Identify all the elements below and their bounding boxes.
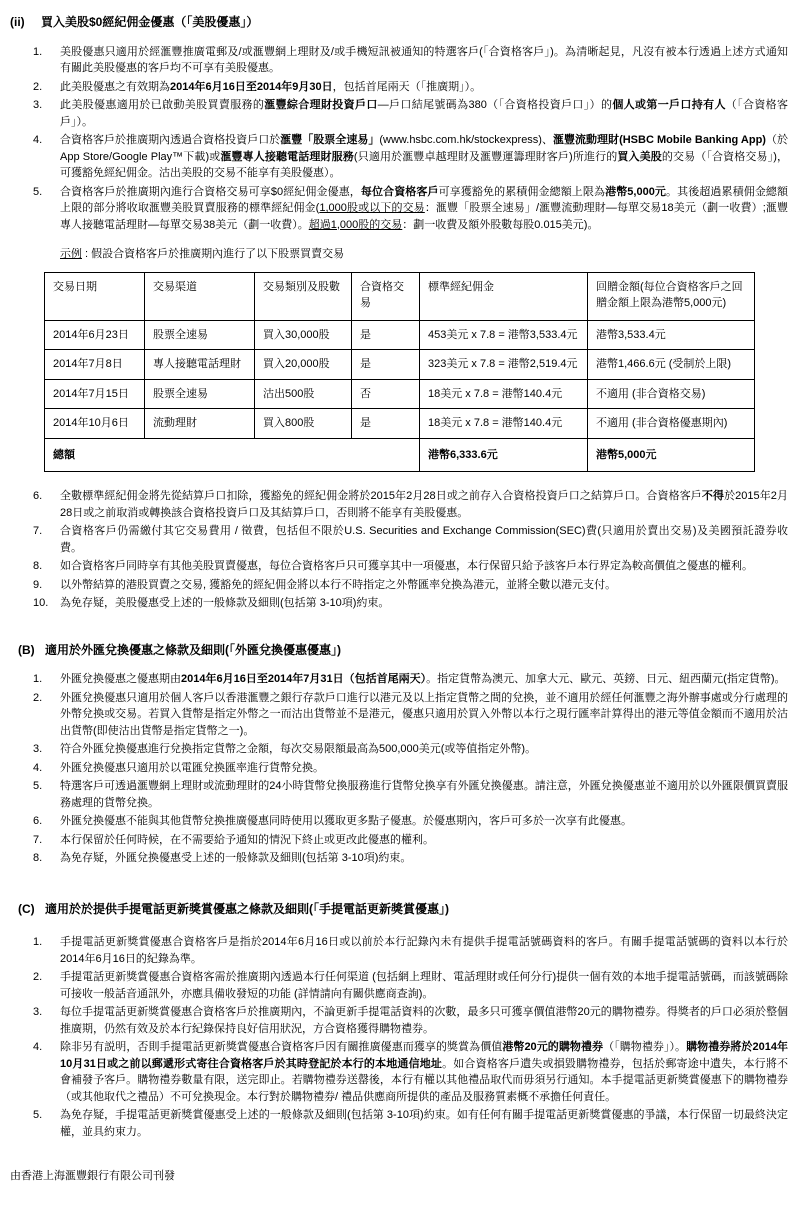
- text-segment: 港幣20元的購物禮券: [502, 1041, 603, 1053]
- section-ii-item-7: 7.合資格客戶仍需繳付其它交易費用 / 徵費，包括但不限於U.S. Securi…: [33, 523, 788, 556]
- table-cell: 沽出500股: [255, 379, 352, 409]
- section-b-item-6: 6.外匯兌換優惠不能與其他貨幣兌換推廣優惠同時使用以獲取更多點子優惠。於優惠期內…: [33, 813, 788, 830]
- item-text: 外匯兌換優惠只適用於個人客戶以香港滙豐之銀行存款戶口進行以港元及以上指定貨幣之間…: [60, 690, 788, 740]
- text-segment: 外匯兌換優惠只適用於以電匯兌換匯率進行貨幣兌換。: [60, 762, 324, 774]
- section-b-number: (B): [18, 642, 45, 659]
- table-cell: 專人接聽電話理財: [145, 350, 255, 380]
- text-segment: 如合資格客戶同時享有其他美股買賣優惠，每位合資格客戶只可獲享其中一項優惠，本行保…: [60, 560, 753, 572]
- item-text: 外匯兌換優惠只適用於以電匯兌換匯率進行貨幣兌換。: [60, 760, 788, 777]
- item-number: 3.: [33, 97, 60, 130]
- item-text: 本行保留於任何時候，在不需要給予通知的情況下終止或更改此優惠的權利。: [60, 832, 788, 849]
- section-b-item-4: 4.外匯兌換優惠只適用於以電匯兌換匯率進行貨幣兌換。: [33, 760, 788, 777]
- total-label-cell: 總額: [45, 438, 420, 472]
- table-header-cell: 標準經紀佣金: [420, 272, 588, 320]
- item-number: 9.: [33, 577, 60, 594]
- section-ii-items-1-5: 1.美股優惠只適用於經滙豐推廣電郵及/或滙豐網上理財及/或手機短訊被通知的特選客…: [33, 44, 788, 234]
- table-cell: 18美元 x 7.8 = 港幣140.4元: [420, 379, 588, 409]
- text-segment: （「購物禮券」）。: [603, 1041, 686, 1053]
- table-cell: 買入30,000股: [255, 320, 352, 350]
- text-segment: 每位手提電話更新獎賞優惠合資格客戶於推廣期內，不論更新手提電話資料的次數，最多只…: [60, 1006, 788, 1035]
- section-c-items: 1.手提電話更新獎賞優惠合資格客戶是指於2014年6月16日或以前於本行記錄內未…: [33, 934, 788, 1140]
- item-text: 手提電話更新獎賞優惠合資格客需於推廣期內透過本行任何渠道 (包括網上理財、電話理…: [60, 969, 788, 1002]
- text-segment: 全數標準經紀佣金將先從結算戶口扣除，獲豁免的經紀佣金將於2015年2月28日或之…: [60, 490, 702, 502]
- text-segment: 為免存疑，外匯兌換優惠受上述的一般條款及細則(包括第 3-10項)約束。: [60, 852, 411, 864]
- text-segment: 為免存疑，手提電話更新獎賞優惠受上述的一般條款及細則(包括第 3-10項)約束。…: [60, 1109, 788, 1138]
- example-caption: 示例 : 假設合資格客戶於推廣期內進行了以下股票買賣交易: [60, 246, 788, 263]
- text-segment: 1,000股或以下的交易: [319, 202, 424, 214]
- item-number: 1.: [33, 671, 60, 688]
- text-segment: 此美股優惠適用於已啟動美股買賣服務的: [60, 99, 264, 111]
- item-text: 手提電話更新獎賞優惠合資格客戶是指於2014年6月16日或以前於本行記錄內未有提…: [60, 934, 788, 967]
- table-cell: 453美元 x 7.8 = 港幣3,533.4元: [420, 320, 588, 350]
- table-cell: 2014年7月8日: [45, 350, 145, 380]
- item-text: 符合外匯兌換優惠進行兌換指定貨幣之金額，每次交易限額最高為500,000美元(或…: [60, 741, 788, 758]
- issuer-line: 由香港上海滙豐銀行有限公司刊發: [10, 1168, 788, 1185]
- text-segment: 特選客戶可透過滙豐網上理財或流動理財的24小時貨幣兌換服務進行貨幣兌換享有外匯兌…: [60, 780, 788, 809]
- table-row: 2014年6月23日股票全速易買入30,000股是453美元 x 7.8 = 港…: [45, 320, 755, 350]
- text-segment: 超過1,000股的交易: [309, 219, 403, 231]
- item-text: 如合資格客戶同時享有其他美股買賣優惠，每位合資格客戶只可獲享其中一項優惠，本行保…: [60, 558, 788, 575]
- text-segment: 合資格客戶仍需繳付其它交易費用 / 徵費，包括但不限於U.S. Securiti…: [60, 525, 788, 554]
- section-b-item-7: 7.本行保留於任何時候，在不需要給予通知的情況下終止或更改此優惠的權利。: [33, 832, 788, 849]
- table-cell: 是: [352, 350, 420, 380]
- table-cell: 323美元 x 7.8 = 港幣2,519.4元: [420, 350, 588, 380]
- text-segment: ，包括首尾兩天（「推廣期」）。: [333, 81, 482, 93]
- item-number: 10.: [33, 595, 60, 612]
- table-header-cell: 回贈金額(每位合資格客戶之回贈金額上限為港幣5,000元): [588, 272, 755, 320]
- text-segment: 可享獲豁免的累積佣金總額上限為: [439, 186, 605, 198]
- section-ii-item-5: 5.合資格客戶於推廣期內進行合資格交易可享$0經紀佣金優惠，每位合資格客戶可享獲…: [33, 184, 788, 234]
- item-text: 特選客戶可透過滙豐網上理財或流動理財的24小時貨幣兌換服務進行貨幣兌換享有外匯兌…: [60, 778, 788, 811]
- text-segment: 合資格客戶於推廣期內進行合資格交易可享$0經紀佣金優惠，: [60, 186, 361, 198]
- text-segment: ：劃一收費及額外股數每股0.015美元)。: [402, 219, 598, 231]
- table-header-cell: 交易類別及股數: [255, 272, 352, 320]
- table-cell: 是: [352, 320, 420, 350]
- text-segment: 此美股優惠之有效期為: [60, 81, 170, 93]
- section-c-title: 適用於於提供手提電話更新獎賞優惠之條款及細則(「手提電話更新獎賞優惠」): [45, 901, 449, 918]
- table-cell: 買入800股: [255, 409, 352, 439]
- section-b-item-1: 1.外匯兌換優惠之優惠期由2014年6月16日至2014年7月31日（包括首尾兩…: [33, 671, 788, 688]
- section-b-item-8: 8.為免存疑，外匯兌換優惠受上述的一般條款及細則(包括第 3-10項)約束。: [33, 850, 788, 867]
- item-number: 6.: [33, 813, 60, 830]
- text-segment: 2014年6月16日至2014年7月31日（包括首尾兩天）: [181, 673, 426, 685]
- text-segment: 滙豐流動理財(HSBC Mobile Banking App): [553, 134, 766, 146]
- text-segment: 港幣5,000元: [605, 186, 666, 198]
- table-cell: 股票全速易: [145, 320, 255, 350]
- section-b-item-3: 3.符合外匯兌換優惠進行兌換指定貨幣之金額，每次交易限額最高為500,000美元…: [33, 741, 788, 758]
- table-cell: 是: [352, 409, 420, 439]
- table-row: 2014年7月8日專人接聽電話理財買入20,000股是323美元 x 7.8 =…: [45, 350, 755, 380]
- item-text: 每位手提電話更新獎賞優惠合資格客戶於推廣期內，不論更新手提電話資料的次數，最多只…: [60, 1004, 788, 1037]
- text-segment: 手提電話更新獎賞優惠合資格客需於推廣期內透過本行任何渠道 (包括網上理財、電話理…: [60, 971, 788, 1000]
- table-cell: 18美元 x 7.8 = 港幣140.4元: [420, 409, 588, 439]
- table-cell: 否: [352, 379, 420, 409]
- table-cell: 不適用 (非合資格優惠期內): [588, 409, 755, 439]
- item-number: 7.: [33, 832, 60, 849]
- section-c-item-2: 2.手提電話更新獎賞優惠合資格客需於推廣期內透過本行任何渠道 (包括網上理財、電…: [33, 969, 788, 1002]
- section-c-item-4: 4.除非另有説明，否則手提電話更新獎賞優惠合資格客戶因有關推廣優惠而獲享的獎賞為…: [33, 1039, 788, 1105]
- item-number: 8.: [33, 558, 60, 575]
- item-text: 此美股優惠適用於已啟動美股買賣服務的滙豐綜合理財投資戶口—戶口結尾號碼為380（…: [60, 97, 788, 130]
- section-ii-item-2: 2.此美股優惠之有效期為2014年6月16日至2014年9月30日，包括首尾兩天…: [33, 79, 788, 96]
- table-cell: 港幣3,533.4元: [588, 320, 755, 350]
- section-b-heading: (B) 適用於外匯兌換優惠之條款及細則(「外匯兌換優惠優惠」): [18, 642, 788, 659]
- table-cell: 流動理財: [145, 409, 255, 439]
- section-ii-item-3: 3.此美股優惠適用於已啟動美股買賣服務的滙豐綜合理財投資戶口—戶口結尾號碼為38…: [33, 97, 788, 130]
- text-segment: 美股優惠只適用於經滙豐推廣電郵及/或滙豐網上理財及/或手機短訊被通知的特選客戶(…: [60, 46, 788, 75]
- table-cell: 不適用 (非合資格交易): [588, 379, 755, 409]
- text-segment: 合資格客戶於推廣期內透過合資格投資戶口於: [60, 134, 280, 146]
- item-text: 此美股優惠之有效期為2014年6月16日至2014年9月30日，包括首尾兩天（「…: [60, 79, 788, 96]
- section-c-heading: (C) 適用於於提供手提電話更新獎賞優惠之條款及細則(「手提電話更新獎賞優惠」): [18, 901, 788, 918]
- item-number: 3.: [33, 1004, 60, 1037]
- section-ii-item-6: 6.全數標準經紀佣金將先從結算戶口扣除，獲豁免的經紀佣金將於2015年2月28日…: [33, 488, 788, 521]
- text-segment: 為免存疑，美股優惠受上述的一般條款及細則(包括第 3-10項)約束。: [60, 597, 389, 609]
- item-number: 7.: [33, 523, 60, 556]
- section-b-items: 1.外匯兌換優惠之優惠期由2014年6月16日至2014年7月31日（包括首尾兩…: [33, 671, 788, 867]
- item-text: 以外幣結算的港股買賣之交易, 獲豁免的經紀佣金將以本行不時指定之外幣匯率兌換為港…: [60, 577, 788, 594]
- text-segment: 以外幣結算的港股買賣之交易, 獲豁免的經紀佣金將以本行不時指定之外幣匯率兌換為港…: [60, 579, 616, 591]
- table-header-row: 交易日期交易渠道交易類別及股數合資格交易標準經紀佣金回贈金額(每位合資格客戶之回…: [45, 272, 755, 320]
- section-c-item-5: 5.為免存疑，手提電話更新獎賞優惠受上述的一般條款及細則(包括第 3-10項)約…: [33, 1107, 788, 1140]
- text-segment: —戶口結尾號碼為380（「合資格投資戶口」）的: [378, 99, 613, 111]
- table-total-row: 總額港幣6,333.6元港幣5,000元: [45, 438, 755, 472]
- total-rebate-cell: 港幣5,000元: [588, 438, 755, 472]
- item-number: 3.: [33, 741, 60, 758]
- item-number: 5.: [33, 184, 60, 234]
- text-segment: 符合外匯兌換優惠進行兌換指定貨幣之金額，每次交易限額最高為500,000美元(或…: [60, 743, 536, 755]
- section-ii-heading: (ii) 買入美股$0經紀佣金優惠（「美股優惠」）: [10, 14, 788, 31]
- table-cell: 2014年10月6日: [45, 409, 145, 439]
- item-number: 8.: [33, 850, 60, 867]
- item-number: 4.: [33, 1039, 60, 1105]
- item-number: 5.: [33, 1107, 60, 1140]
- table-cell: 2014年6月23日: [45, 320, 145, 350]
- section-b-item-2: 2.外匯兌換優惠只適用於個人客戶以香港滙豐之銀行存款戶口進行以港元及以上指定貨幣…: [33, 690, 788, 740]
- table-header-cell: 合資格交易: [352, 272, 420, 320]
- section-c-item-1: 1.手提電話更新獎賞優惠合資格客戶是指於2014年6月16日或以前於本行記錄內未…: [33, 934, 788, 967]
- section-ii-item-1: 1.美股優惠只適用於經滙豐推廣電郵及/或滙豐網上理財及/或手機短訊被通知的特選客…: [33, 44, 788, 77]
- text-segment: : 假設合資格客戶於推廣期內進行了以下股票買賣交易: [82, 248, 344, 260]
- item-text: 除非另有説明，否則手提電話更新獎賞優惠合資格客戶因有關推廣優惠而獲享的獎賞為價值…: [60, 1039, 788, 1105]
- item-number: 4.: [33, 760, 60, 777]
- text-segment: 不得: [702, 490, 724, 502]
- section-b-item-5: 5.特選客戶可透過滙豐網上理財或流動理財的24小時貨幣兌換服務進行貨幣兌換享有外…: [33, 778, 788, 811]
- document-page: (ii) 買入美股$0經紀佣金優惠（「美股優惠」） 1.美股優惠只適用於經滙豐推…: [0, 0, 800, 1185]
- text-segment: 個人或第一戶口持有人: [612, 99, 725, 111]
- table-cell: 港幣1,466.6元 (受制於上限): [588, 350, 755, 380]
- item-text: 合資格客戶於推廣期內進行合資格交易可享$0經紀佣金優惠，每位合資格客戶可享獲豁免…: [60, 184, 788, 234]
- text-segment: 外匯兌換優惠不能與其他貨幣兌換推廣優惠同時使用以獲取更多點子優惠。於優惠期內，客…: [60, 815, 632, 827]
- table-cell: 2014年7月15日: [45, 379, 145, 409]
- item-text: 為免存疑，美股優惠受上述的一般條款及細則(包括第 3-10項)約束。: [60, 595, 788, 612]
- item-text: 合資格客戶仍需繳付其它交易費用 / 徵費，包括但不限於U.S. Securiti…: [60, 523, 788, 556]
- text-segment: 示例: [60, 248, 82, 260]
- section-ii-title: 買入美股$0經紀佣金優惠（「美股優惠」）: [41, 14, 258, 31]
- item-number: 1.: [33, 44, 60, 77]
- table-row: 2014年10月6日流動理財買入800股是18美元 x 7.8 = 港幣140.…: [45, 409, 755, 439]
- text-segment: 外匯兌換優惠只適用於個人客戶以香港滙豐之銀行存款戶口進行以港元及以上指定貨幣之間…: [60, 692, 788, 737]
- section-ii-item-4: 4.合資格客戶於推廣期內透過合資格投資戶口於滙豐「股票全速易」(www.hsbc…: [33, 132, 788, 182]
- item-number: 6.: [33, 488, 60, 521]
- text-segment: 本行保留於任何時候，在不需要給予通知的情況下終止或更改此優惠的權利。: [60, 834, 434, 846]
- item-text: 合資格客戶於推廣期內透過合資格投資戶口於滙豐「股票全速易」(www.hsbc.c…: [60, 132, 788, 182]
- text-segment: (www.hsbc.com.hk/stockexpress)、: [379, 134, 553, 146]
- section-ii-item-9: 9.以外幣結算的港股買賣之交易, 獲豁免的經紀佣金將以本行不時指定之外幣匯率兌換…: [33, 577, 788, 594]
- table-header-cell: 交易日期: [45, 272, 145, 320]
- item-text: 外匯兌換優惠不能與其他貨幣兌換推廣優惠同時使用以獲取更多點子優惠。於優惠期內，客…: [60, 813, 788, 830]
- text-segment: 外匯兌換優惠之優惠期由: [60, 673, 181, 685]
- item-number: 5.: [33, 778, 60, 811]
- item-number: 2.: [33, 79, 60, 96]
- item-number: 1.: [33, 934, 60, 967]
- section-ii-number: (ii): [10, 14, 41, 31]
- text-segment: 手提電話更新獎賞優惠合資格客戶是指於2014年6月16日或以前於本行記錄內未有提…: [60, 936, 788, 965]
- text-segment: 滙豐專人接聽電話理財服務: [220, 151, 353, 163]
- table-cell: 買入20,000股: [255, 350, 352, 380]
- item-number: 2.: [33, 690, 60, 740]
- section-ii-items-6-10: 6.全數標準經紀佣金將先從結算戶口扣除，獲豁免的經紀佣金將於2015年2月28日…: [33, 488, 788, 612]
- section-ii-item-10: 10.為免存疑，美股優惠受上述的一般條款及細則(包括第 3-10項)約束。: [33, 595, 788, 612]
- text-segment: 買入美股: [617, 151, 662, 163]
- section-c-item-3: 3.每位手提電話更新獎賞優惠合資格客戶於推廣期內，不論更新手提電話資料的次數，最…: [33, 1004, 788, 1037]
- item-number: 4.: [33, 132, 60, 182]
- section-ii-item-8: 8.如合資格客戶同時享有其他美股買賣優惠，每位合資格客戶只可獲享其中一項優惠，本…: [33, 558, 788, 575]
- table-row: 2014年7月15日股票全速易沽出500股否18美元 x 7.8 = 港幣140…: [45, 379, 755, 409]
- text-segment: 。指定貨幣為澳元、加拿大元、歐元、英鎊、日元、紐西蘭元(指定貨幣)。: [426, 673, 785, 685]
- table-cell: 股票全速易: [145, 379, 255, 409]
- example-table: 交易日期交易渠道交易類別及股數合資格交易標準經紀佣金回贈金額(每位合資格客戶之回…: [44, 272, 755, 473]
- text-segment: 滙豐綜合理財投資戶口: [264, 99, 377, 111]
- section-b-title: 適用於外匯兌換優惠之條款及細則(「外匯兌換優惠優惠」): [45, 642, 341, 659]
- text-segment: (只適用於滙豐卓越理財及滙豐運籌理財客戶)所進行的: [354, 151, 617, 163]
- table-header-cell: 交易渠道: [145, 272, 255, 320]
- text-segment: 滙豐「股票全速易」: [280, 134, 379, 146]
- item-text: 為免存疑，外匯兌換優惠受上述的一般條款及細則(包括第 3-10項)約束。: [60, 850, 788, 867]
- item-text: 全數標準經紀佣金將先從結算戶口扣除，獲豁免的經紀佣金將於2015年2月28日或之…: [60, 488, 788, 521]
- section-c-number: (C): [18, 901, 45, 918]
- text-segment: 每位合資格客戶: [361, 186, 439, 198]
- text-segment: 除非另有説明，否則手提電話更新獎賞優惠合資格客戶因有關推廣優惠而獲享的獎賞為價值: [60, 1041, 502, 1053]
- item-text: 為免存疑，手提電話更新獎賞優惠受上述的一般條款及細則(包括第 3-10項)約束。…: [60, 1107, 788, 1140]
- item-text: 美股優惠只適用於經滙豐推廣電郵及/或滙豐網上理財及/或手機短訊被通知的特選客戶(…: [60, 44, 788, 77]
- item-number: 2.: [33, 969, 60, 1002]
- total-commission-cell: 港幣6,333.6元: [420, 438, 588, 472]
- item-text: 外匯兌換優惠之優惠期由2014年6月16日至2014年7月31日（包括首尾兩天）…: [60, 671, 788, 688]
- text-segment: 2014年6月16日至2014年9月30日: [170, 81, 333, 93]
